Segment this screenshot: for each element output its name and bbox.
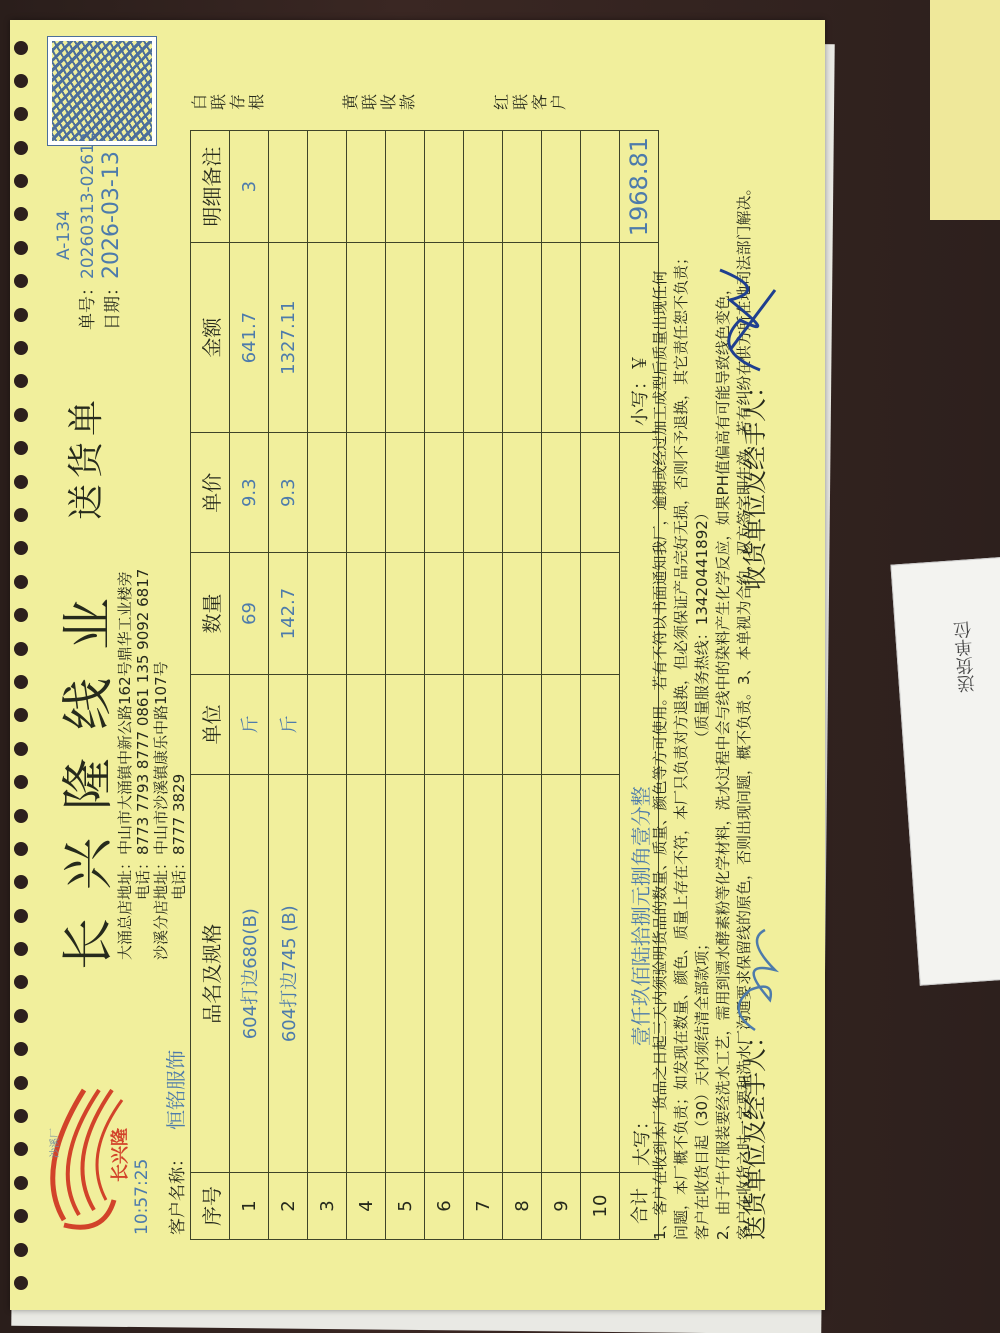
col-header-unit: 单位: [191, 674, 230, 775]
receiver-signature-label: 收货单位及经手人：: [735, 374, 770, 590]
row-note: [269, 131, 308, 243]
col-header-price: 单价: [191, 433, 230, 553]
row-qty: 69: [230, 553, 269, 674]
row-price: 9.3: [269, 433, 308, 553]
items-table: 序号 品名及规格 单位 数量 单价 金额 明细备注 1 604打边680(B) …: [190, 130, 659, 1240]
row-no: 5: [386, 1173, 425, 1240]
table-row: 5: [386, 131, 425, 1240]
branch-phone: 8777 3829: [170, 774, 188, 855]
order-no-label: 单号：: [78, 279, 98, 330]
receiver-signature-scribble-icon: [700, 260, 790, 380]
row-unit: 斤: [230, 674, 269, 775]
hq-phone-label: 电话：: [134, 855, 152, 900]
row-no: 8: [503, 1173, 542, 1240]
document-type: 送货单: [58, 394, 109, 520]
qr-code-icon: [48, 37, 156, 145]
table-row: 10: [581, 131, 620, 1240]
sender-signature-label: 送货单位及经手人：: [735, 1024, 770, 1240]
row-no: 1: [230, 1173, 269, 1240]
copy-labels: 白联存根 黄联收款 红联客户: [190, 90, 643, 110]
branch-address-label: 沙溪分店地址：: [152, 855, 170, 960]
col-header-no: 序号: [191, 1173, 230, 1240]
hq-address: 中山市大涌镇中新公路162号鼎华工业楼旁: [116, 571, 134, 855]
row-no: 4: [347, 1173, 386, 1240]
col-header-amount: 金额: [191, 243, 230, 433]
perforation-strip: [10, 20, 32, 1310]
notes-line-2: 问题，本厂概不负责；如发现在数量、颜色、质量上存在不符，本厂只负责对方退换，但必…: [671, 120, 692, 1240]
delivery-note-paper: 沙溪厂 长兴隆 长兴隆线业 送货单 大涌总店地址：中山市大涌镇中新公路162号鼎…: [10, 20, 825, 1310]
hq-phone: 8773 7793 8777 0861 135 9092 6817: [134, 569, 152, 855]
row-amount: 641.7: [230, 243, 269, 433]
row-name: 604打边745 (B): [269, 775, 308, 1173]
copy-label-red: 红联客户: [492, 90, 568, 110]
brand-mark: 长兴隆: [106, 1128, 132, 1182]
row-no: 2: [269, 1173, 308, 1240]
company-name: 长兴隆线业: [46, 570, 121, 970]
row-amount: 1327.11: [269, 243, 308, 433]
background-paper-top: [930, 0, 1000, 220]
logo-subtext: 沙溪厂: [46, 1128, 61, 1158]
table-row: 8: [503, 131, 542, 1240]
order-info: A-134 单号：20260313-02612 日期：2026-03-13: [52, 132, 125, 330]
letterhead: 沙溪厂 长兴隆 长兴隆线业 送货单 大涌总店地址：中山市大涌镇中新公路162号鼎…: [38, 20, 148, 1310]
order-no: 20260313-02612: [78, 132, 98, 279]
col-header-note: 明细备注: [191, 131, 230, 243]
background-paper-text: 送货单位: [951, 620, 982, 694]
row-no: 6: [425, 1173, 464, 1240]
copy-label-yellow: 黄联收款: [341, 90, 417, 110]
row-name: 604打边680(B): [230, 775, 269, 1173]
table-row: 2 604打边745 (B) 斤 142.7 9.3 1327.11: [269, 131, 308, 1240]
table-row: 3: [308, 131, 347, 1240]
total-words: 壹仟玖佰陆拾捌元捌角壹分整: [629, 786, 653, 1046]
date-value: 2026-03-13: [99, 151, 124, 279]
col-header-qty: 数量: [191, 553, 230, 674]
customer-row: 客户名称：恒铭服饰: [160, 1050, 189, 1235]
table-row: 1 604打边680(B) 斤 69 9.3 641.7 3: [230, 131, 269, 1240]
table-row: 7: [464, 131, 503, 1240]
hq-address-label: 大涌总店地址：: [116, 855, 134, 960]
row-no: 7: [464, 1173, 503, 1240]
col-header-name: 品名及规格: [191, 775, 230, 1173]
customer-label: 客户名称：: [168, 1150, 188, 1235]
row-qty: 142.7: [269, 553, 308, 674]
background-paper-right: 送货单位: [890, 556, 1000, 985]
row-note: 3: [230, 131, 269, 243]
table-row: 6: [425, 131, 464, 1240]
form-code: A-134: [52, 132, 76, 330]
row-no: 3: [308, 1173, 347, 1240]
table-row: 4: [347, 131, 386, 1240]
row-unit: 斤: [269, 674, 308, 775]
table-header-row: 序号 品名及规格 单位 数量 单价 金额 明细备注: [191, 131, 230, 1240]
company-logo: 沙溪厂 长兴隆: [44, 1080, 144, 1240]
table-row: 9: [542, 131, 581, 1240]
branch-address: 中山市沙溪镇康乐中路107号: [152, 661, 170, 855]
sender-signature-scribble-icon: [715, 920, 785, 1040]
notes-line-1: 1、客户在收到本厂货品之日起三天内须验明货品的数量、质量、颜色等方可使用。若有不…: [650, 120, 671, 1240]
print-time: 10:57:25: [132, 1159, 152, 1235]
date-label: 日期：: [103, 279, 123, 330]
customer-name: 恒铭服饰: [164, 1050, 188, 1130]
delivery-note: 沙溪厂 长兴隆 长兴隆线业 送货单 大涌总店地址：中山市大涌镇中新公路162号鼎…: [10, 20, 825, 1310]
branch-phone-label: 电话：: [170, 855, 188, 900]
row-no: 9: [542, 1173, 581, 1240]
company-addresses: 大涌总店地址：中山市大涌镇中新公路162号鼎华工业楼旁 电话：8773 7793…: [116, 569, 188, 960]
row-no: 10: [581, 1173, 620, 1240]
copy-label-white: 白联存根: [190, 90, 266, 110]
row-price: 9.3: [230, 433, 269, 553]
